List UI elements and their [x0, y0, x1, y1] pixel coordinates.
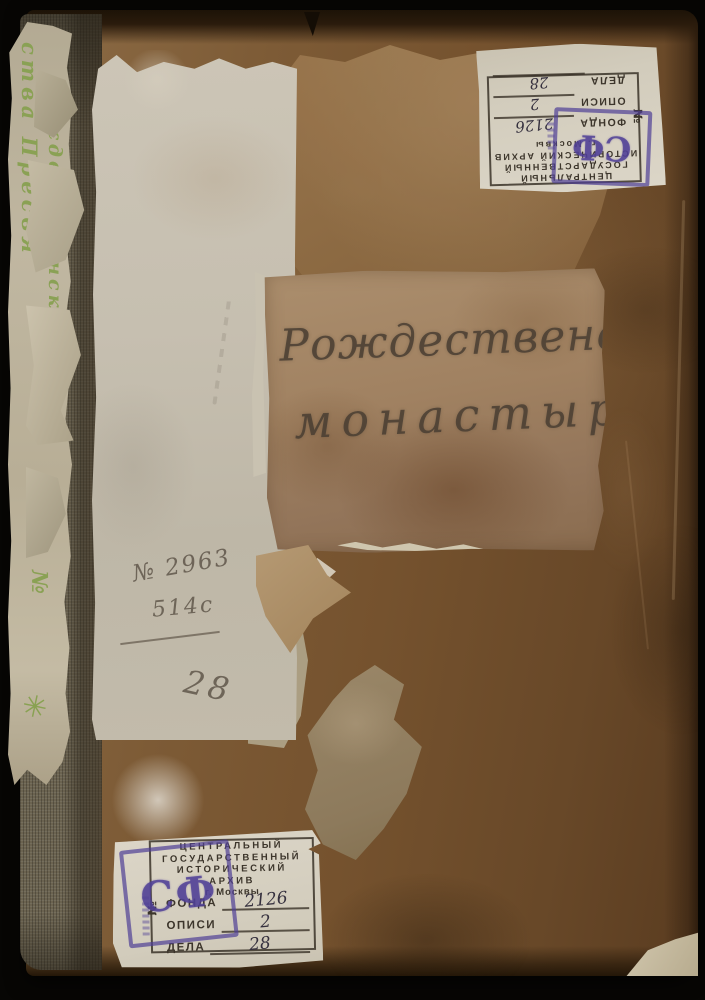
- field-delo: ДЕЛА 28: [493, 71, 626, 96]
- faint-pencil-marks: [212, 295, 231, 404]
- field-opis-value: 2: [529, 95, 540, 114]
- small-stamp-text: [142, 895, 150, 935]
- top-edge-notch: [304, 12, 320, 36]
- cover-crease: [672, 200, 685, 600]
- white-paper-strip: № 2963 514с 28: [92, 55, 297, 740]
- glue-residue: [122, 50, 192, 110]
- archive-label-top: ЦЕНТРАЛЬНЫЙ ГОСУДАРСТВЕННЫЙ ИСТОРИЧЕСКИЙ…: [476, 41, 666, 194]
- sf-stamp: СФ: [119, 839, 239, 948]
- field-delo-line: 28: [493, 73, 585, 99]
- label-torn-backing: [337, 542, 487, 552]
- field-delo-value: 28: [248, 933, 271, 955]
- field-delo-value: 28: [528, 73, 549, 93]
- spine-number-sign: №: [26, 570, 52, 594]
- book-cover: ства Пресвя Рожде-ственскаго № ✳ № 2963 …: [26, 10, 698, 976]
- pencil-case-number: 28: [181, 662, 237, 709]
- cover-crease: [625, 440, 649, 649]
- title-label: Рождественскій монастырь: [265, 268, 608, 554]
- field-opis-label: ОПИСИ: [579, 92, 625, 107]
- worn-bottom-right-corner: [622, 930, 698, 976]
- field-delo-label: ДЕЛА: [589, 71, 625, 86]
- pencil-underline: [120, 631, 219, 645]
- small-stamp-text: [547, 122, 555, 152]
- sf-stamp: СФ: [551, 107, 652, 187]
- title-line1: Рождественскій: [278, 306, 694, 371]
- peeled-cover-patch: [305, 665, 432, 860]
- title-line2: монастырь: [293, 380, 661, 449]
- pencil-code: 514с: [151, 592, 215, 622]
- glue-residue: [110, 752, 206, 848]
- spine-asterisk-mark: ✳: [19, 688, 51, 727]
- photo-of-book-cover: ства Пресвя Рожде-ственскаго № ✳ № 2963 …: [0, 0, 705, 1000]
- pencil-number: № 2963: [130, 545, 233, 588]
- archive-label-bottom: ЦЕНТРАЛЬНЫЙ ГОСУДАРСТВЕННЫЙ ИСТОРИЧЕСКИЙ…: [111, 830, 324, 970]
